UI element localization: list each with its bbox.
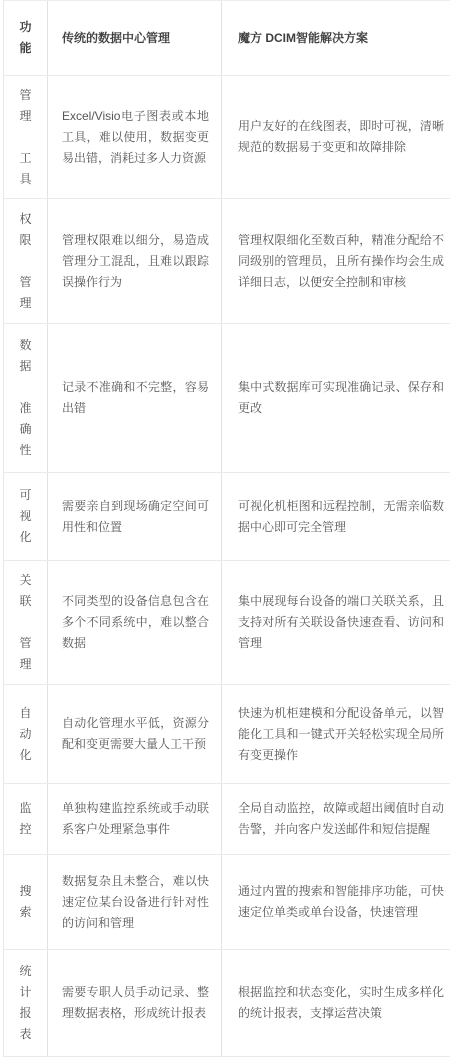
dcim-text: 可视化机柜图和远程控制，无需亲临数据中心即可完全管理 — [238, 496, 444, 538]
dcim-cell: 全局自动监控，故障或超出阈值时自动告警，并向客户发送邮件和短信提醒 — [222, 784, 450, 854]
feature-cell: 权 限 管 理 — [3, 199, 48, 323]
feature-label: 可 视 化 — [19, 485, 31, 548]
table-row-automation: 自 动 化 自动化管理水平低，资源分配和变更需要大量人工干预 快速为机柜建模和分… — [3, 685, 450, 784]
dcim-cell: 集中展现每台设备的端口关联关系，且支持对所有关联设备快速查看、访问和管理 — [222, 561, 450, 684]
traditional-text: 自动化管理水平低，资源分配和变更需要大量人工干预 — [62, 713, 209, 755]
dcim-cell: 用户友好的在线图表，即时可视，清晰规范的数据易于变更和故障排除 — [222, 76, 450, 198]
header-traditional-cell: 传统的数据中心管理 — [48, 1, 222, 75]
dcim-cell: 快速为机柜建模和分配设备单元，以智能化工具和一键式开关轻松实现全局所有变更操作 — [222, 685, 450, 783]
header-dcim-cell: 魔方 DCIM智能解决方案 — [222, 1, 450, 75]
traditional-cell: 记录不准确和不完整，容易出错 — [48, 324, 222, 472]
traditional-cell: 需要亲自到现场确定空间可用性和位置 — [48, 473, 222, 560]
table-row-search: 搜 索 数据复杂且未整合，难以快速定位某台设备进行针对性的访问和管理 通过内置的… — [3, 855, 450, 950]
table-row-visualization: 可 视 化 需要亲自到现场确定空间可用性和位置 可视化机柜图和远程控制，无需亲临… — [3, 473, 450, 561]
traditional-text: 需要专职人员手动记录、整理数据表格，形成统计报表 — [62, 982, 209, 1024]
table-header-row: 功 能 传统的数据中心管理 魔方 DCIM智能解决方案 — [3, 1, 450, 76]
feature-label: 关 联 管 理 — [19, 570, 31, 675]
traditional-text: 不同类型的设备信息包含在多个不同系统中，难以整合数据 — [62, 591, 209, 654]
table-row-monitoring: 监 控 单独构建监控系统或手动联系客户处理紧急事件 全局自动监控，故障或超出阈值… — [3, 784, 450, 855]
traditional-text: 管理权限难以细分，易造成管理分工混乱，且难以跟踪误操作行为 — [62, 230, 209, 293]
feature-label: 自 动 化 — [19, 703, 31, 766]
table-row-relationship-management: 关 联 管 理 不同类型的设备信息包含在多个不同系统中，难以整合数据 集中展现每… — [3, 561, 450, 685]
dcim-cell: 集中式数据库可实现准确记录、保存和更改 — [222, 324, 450, 472]
traditional-cell: 需要专职人员手动记录、整理数据表格，形成统计报表 — [48, 950, 222, 1056]
table-row-statistical-reports: 统 计 报 表 需要专职人员手动记录、整理数据表格，形成统计报表 根据监控和状态… — [3, 950, 450, 1057]
header-feature-cell: 功 能 — [3, 1, 48, 75]
feature-cell: 自 动 化 — [3, 685, 48, 783]
traditional-text: 数据复杂且未整合，难以快速定位某台设备进行针对性的访问和管理 — [62, 871, 209, 934]
feature-label: 统 计 报 表 — [19, 961, 31, 1045]
traditional-cell: 不同类型的设备信息包含在多个不同系统中，难以整合数据 — [48, 561, 222, 684]
feature-label: 数 据 准 确 性 — [19, 335, 31, 461]
feature-cell: 数 据 准 确 性 — [3, 324, 48, 472]
traditional-text: 记录不准确和不完整，容易出错 — [62, 377, 209, 419]
comparison-table: 功 能 传统的数据中心管理 魔方 DCIM智能解决方案 管 理 工 具 Exce… — [3, 0, 450, 1057]
feature-cell: 可 视 化 — [3, 473, 48, 560]
header-feature-label: 功 能 — [19, 17, 31, 59]
traditional-cell: 自动化管理水平低，资源分配和变更需要大量人工干预 — [48, 685, 222, 783]
table-row-management-tools: 管 理 工 具 Excel/Visio电子图表或本地工具，难以使用，数据变更易出… — [3, 76, 450, 199]
feature-label: 管 理 工 具 — [19, 85, 31, 190]
feature-cell: 监 控 — [3, 784, 48, 854]
traditional-cell: 数据复杂且未整合，难以快速定位某台设备进行针对性的访问和管理 — [48, 855, 222, 949]
header-dcim-label: 魔方 DCIM智能解决方案 — [238, 28, 368, 49]
dcim-text: 快速为机柜建模和分配设备单元，以智能化工具和一键式开关轻松实现全局所有变更操作 — [238, 703, 444, 766]
dcim-text: 用户友好的在线图表，即时可视，清晰规范的数据易于变更和故障排除 — [238, 116, 444, 158]
traditional-cell: 单独构建监控系统或手动联系客户处理紧急事件 — [48, 784, 222, 854]
feature-label: 搜 索 — [19, 881, 31, 923]
dcim-cell: 管理权限细化至数百种，精准分配给不同级别的管理员，且所有操作均会生成详细日志，以… — [222, 199, 450, 323]
dcim-text: 全局自动监控，故障或超出阈值时自动告警，并向客户发送邮件和短信提醒 — [238, 798, 444, 840]
feature-label: 监 控 — [19, 798, 31, 840]
dcim-cell: 通过内置的搜索和智能排序功能，可快速定位单类或单台设备，快速管理 — [222, 855, 450, 949]
dcim-text: 集中式数据库可实现准确记录、保存和更改 — [238, 377, 444, 419]
dcim-text: 通过内置的搜索和智能排序功能，可快速定位单类或单台设备，快速管理 — [238, 881, 444, 923]
dcim-cell: 可视化机柜图和远程控制，无需亲临数据中心即可完全管理 — [222, 473, 450, 560]
traditional-text: Excel/Visio电子图表或本地工具，难以使用，数据变更易出错，消耗过多人力… — [62, 106, 209, 169]
traditional-text: 单独构建监控系统或手动联系客户处理紧急事件 — [62, 798, 209, 840]
feature-cell: 关 联 管 理 — [3, 561, 48, 684]
traditional-cell: 管理权限难以细分，易造成管理分工混乱，且难以跟踪误操作行为 — [48, 199, 222, 323]
dcim-cell: 根据监控和状态变化，实时生成多样化的统计报表，支撑运营决策 — [222, 950, 450, 1056]
feature-cell: 搜 索 — [3, 855, 48, 949]
header-traditional-label: 传统的数据中心管理 — [62, 28, 170, 49]
dcim-text: 根据监控和状态变化，实时生成多样化的统计报表，支撑运营决策 — [238, 982, 444, 1024]
feature-cell: 统 计 报 表 — [3, 950, 48, 1056]
traditional-text: 需要亲自到现场确定空间可用性和位置 — [62, 496, 209, 538]
feature-label: 权 限 管 理 — [19, 209, 31, 314]
traditional-cell: Excel/Visio电子图表或本地工具，难以使用，数据变更易出错，消耗过多人力… — [48, 76, 222, 198]
table-row-data-accuracy: 数 据 准 确 性 记录不准确和不完整，容易出错 集中式数据库可实现准确记录、保… — [3, 324, 450, 473]
table-row-permission-management: 权 限 管 理 管理权限难以细分，易造成管理分工混乱，且难以跟踪误操作行为 管理… — [3, 199, 450, 324]
dcim-text: 集中展现每台设备的端口关联关系，且支持对所有关联设备快速查看、访问和管理 — [238, 591, 444, 654]
dcim-text: 管理权限细化至数百种，精准分配给不同级别的管理员，且所有操作均会生成详细日志，以… — [238, 230, 444, 293]
feature-cell: 管 理 工 具 — [3, 76, 48, 198]
